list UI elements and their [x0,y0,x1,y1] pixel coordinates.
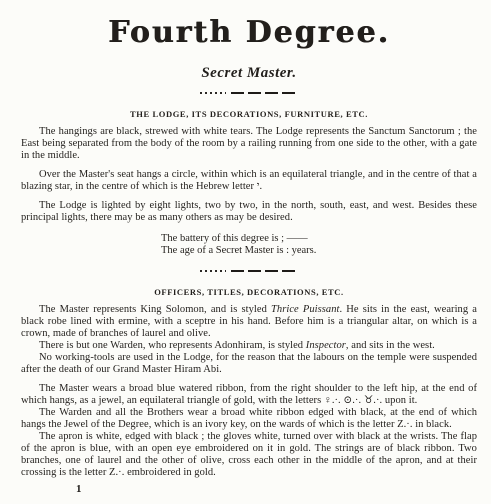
body-text: Over the Master's seat hangs a circle, w… [21,169,477,192]
body-text: No working-tools are used in the Lodge, … [21,352,477,375]
italic-text: Thrice Puissant [271,304,339,315]
divider-dashes-icon [231,92,299,94]
body-text: The apron is white, edged with black ; t… [21,431,477,478]
centered-line: The battery of this degree is ; —— [161,233,477,245]
divider-dots-icon [200,92,226,94]
body-text: The Master represents King Solomon, and … [39,304,271,315]
section-body: The hangings are black, strewed with whi… [21,126,477,257]
paragraph: There is but one Warden, who represents … [21,340,477,352]
paragraph: The Master represents King Solomon, and … [21,304,477,340]
battery-age-lines: The battery of this degree is ; ——The ag… [161,233,477,257]
section-body: The Master represents King Solomon, and … [21,304,477,479]
paragraph: The Lodge is lighted by eight lights, tw… [21,200,477,224]
page-title: Fourth Degree. [21,16,477,50]
centered-line: The age of a Secret Master is : years. [161,245,477,257]
body-text: There is but one Warden, who represents … [39,340,306,351]
body-text: The Lodge is lighted by eight lights, tw… [21,200,477,223]
book-page: Fourth Degree. Secret Master. THE LODGE,… [0,0,491,504]
paragraph: Over the Master's seat hangs a circle, w… [21,169,477,193]
dash-divider [21,269,477,272]
section-heading: THE LODGE, ITS DECORATIONS, FURNITURE, E… [21,109,477,119]
signature-mark: 1 [76,483,477,495]
paragraph: No working-tools are used in the Lodge, … [21,352,477,376]
paragraph: The Master wears a broad blue watered ri… [21,383,477,407]
paragraph: The hangings are black, strewed with whi… [21,126,477,162]
body-text: The hangings are black, strewed with whi… [21,126,477,161]
divider-dashes-icon [231,270,299,272]
body-text: , and sits in the west. [346,340,435,351]
dash-divider [21,91,477,94]
section-lodge-decorations: THE LODGE, ITS DECORATIONS, FURNITURE, E… [21,109,477,257]
body-text: The Warden and all the Brothers wear a b… [21,407,477,430]
section-heading: OFFICERS, TITLES, DECORATIONS, ETC. [21,287,477,297]
section-officers-titles: OFFICERS, TITLES, DECORATIONS, ETC. The … [21,287,477,479]
italic-text: Inspector [306,340,346,351]
page-subtitle: Secret Master. [21,65,477,82]
paragraph: The Warden and all the Brothers wear a b… [21,407,477,431]
body-text: The Master wears a broad blue watered ri… [21,383,477,406]
paragraph: The apron is white, edged with black ; t… [21,431,477,479]
divider-dots-icon [200,270,226,272]
